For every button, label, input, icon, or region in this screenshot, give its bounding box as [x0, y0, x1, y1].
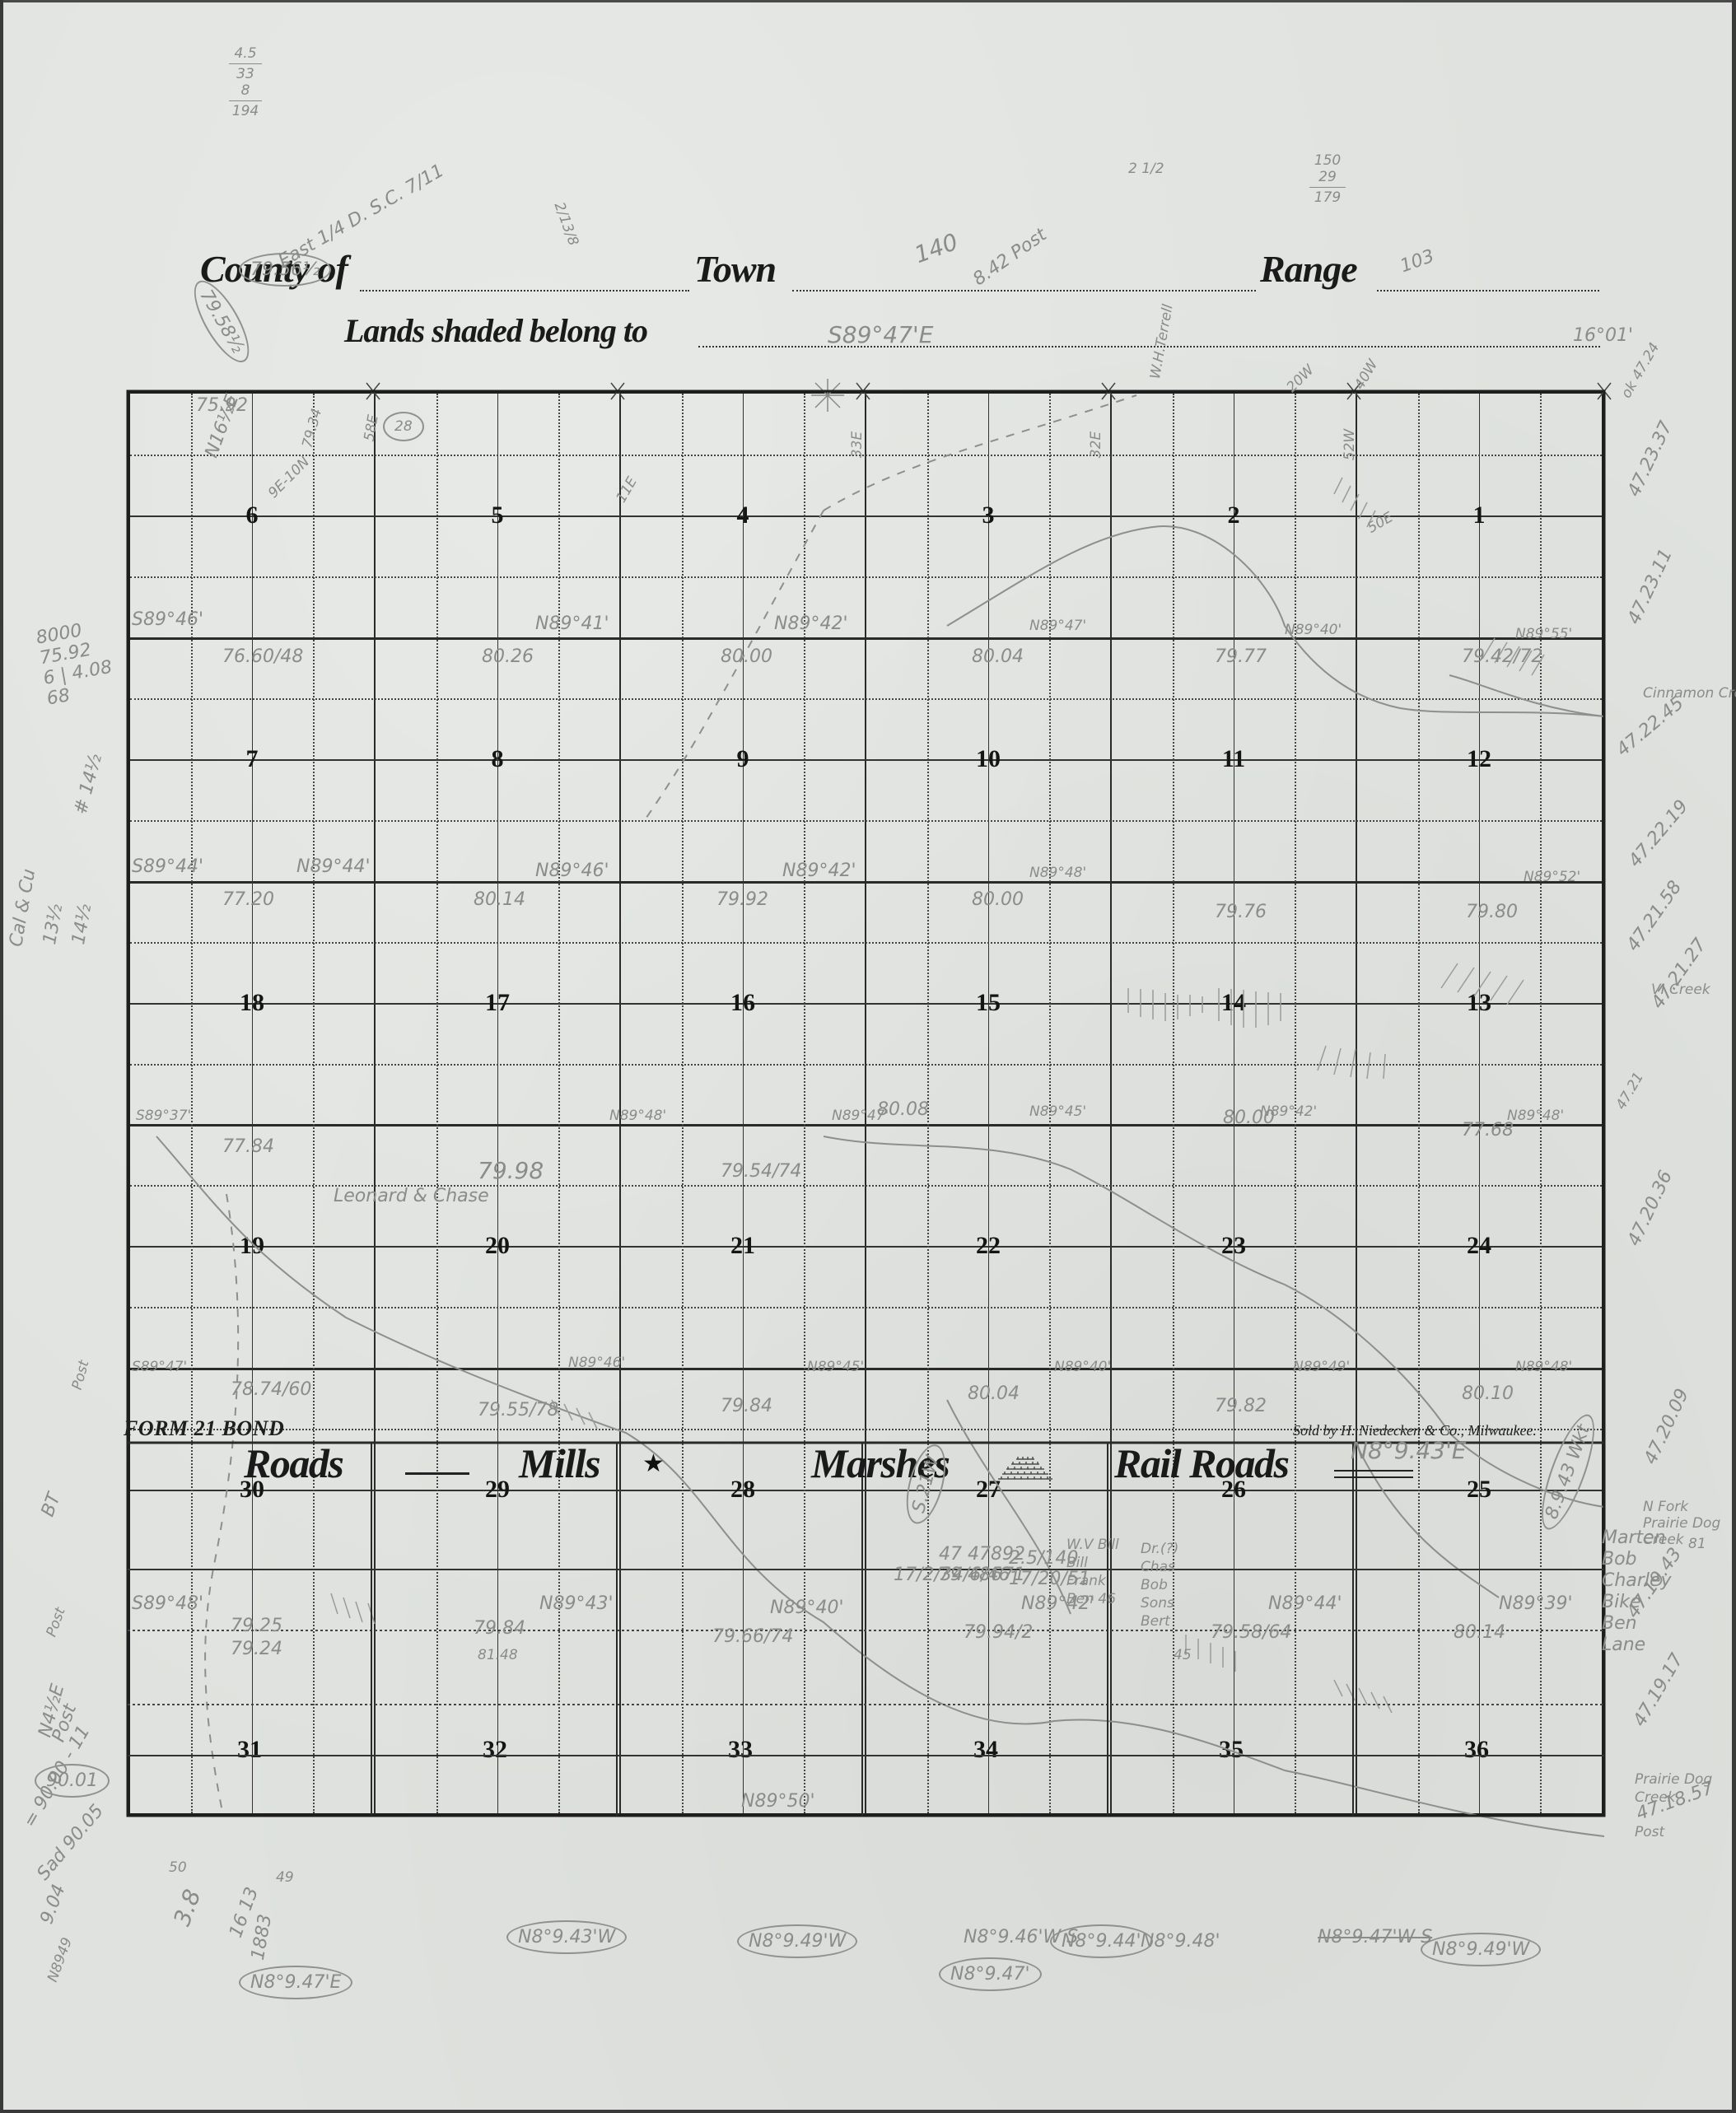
- bottom-note: N8°9.47': [939, 1964, 1042, 1985]
- bearing-note: S89°46': [132, 609, 203, 630]
- acreage-note: 79.84: [474, 1618, 525, 1639]
- bearing-note: S89°37': [136, 1108, 191, 1124]
- bearing-note: N89°39': [1499, 1593, 1573, 1614]
- acreage-note: 80.14: [474, 889, 525, 910]
- acreage-note: 80.10: [1462, 1383, 1514, 1404]
- compass-sketch: [811, 379, 844, 412]
- mill-star-icon: ★: [642, 1449, 665, 1478]
- bearing-note: N89°46': [535, 861, 609, 881]
- marsh-symbol-icon: [998, 1456, 1052, 1482]
- bottom-note: N8°9.43'W: [506, 1927, 627, 1947]
- bearing-note: N89°48': [1515, 1359, 1572, 1375]
- bearing-note: N89°42': [1260, 1103, 1317, 1120]
- bearing-note: N89°48': [1507, 1108, 1564, 1124]
- bottom-note: 50: [169, 1859, 187, 1876]
- bearing-note: N89°48': [1029, 865, 1086, 881]
- bottom-note: 45: [1174, 1647, 1192, 1663]
- bearing-note: N89°40': [1054, 1359, 1111, 1375]
- bottom-note: N8°9.49'W: [1421, 1939, 1541, 1960]
- legend-mills: Mills: [519, 1439, 600, 1487]
- acreage-note: 79.84: [721, 1396, 772, 1416]
- bearing-note: N89°43': [539, 1593, 614, 1614]
- cinnamon-creek-label: Cinnamon Creek: [1643, 685, 1736, 702]
- bearing-note: N89°47': [1029, 618, 1086, 634]
- right-margin-note: Post: [1635, 1824, 1664, 1840]
- railroad-line-symbol: [1334, 1470, 1413, 1478]
- acreage-note: 79.42/72: [1462, 646, 1542, 667]
- acreage-note: 80.00: [721, 646, 772, 667]
- bottom-note: N8°9.48': [1141, 1931, 1220, 1952]
- bearing-note: N89°48': [609, 1108, 666, 1124]
- mid-note: 33E: [849, 431, 866, 458]
- bottom-note: N8°9.46'W S: [964, 1927, 1078, 1947]
- acreage-note: 79.55/78: [478, 1400, 558, 1420]
- bottom-note: N8°9.43'E: [1351, 1437, 1467, 1464]
- acreage-note: 80.00: [972, 889, 1024, 910]
- acreage-note: 76.60/48: [222, 646, 303, 667]
- bottom-note: 81: [1688, 1536, 1706, 1552]
- bearing-note: N89°47': [832, 1108, 889, 1124]
- legend-roads: Roads: [244, 1439, 343, 1487]
- bearing-note: N89°50': [741, 1791, 815, 1812]
- bearing-note: N89°40': [770, 1598, 844, 1618]
- acreage-note: 77.20: [222, 889, 274, 910]
- bottom-note: Dr.(?) Chas Bob Sons Bert: [1141, 1540, 1182, 1630]
- acreage-note: 79.25: [231, 1616, 282, 1636]
- acreage-note: 78.74/60: [231, 1379, 311, 1400]
- acreage-note: 79.54/74: [721, 1161, 801, 1182]
- bearing-note: N89°40': [1285, 622, 1342, 638]
- acreage-note: 80.26: [482, 646, 534, 667]
- bottom-note: N8°9.47'E: [239, 1972, 352, 1993]
- legend-rail-roads: Rail Roads: [1114, 1439, 1288, 1487]
- acreage-note: 79.94/2: [964, 1622, 1033, 1643]
- acreage-note: 80.14: [1454, 1622, 1505, 1643]
- bearing-note: N89°42': [774, 613, 848, 634]
- bottom-note: N8°9.47'W S: [1318, 1927, 1432, 1947]
- mid-note: 52W: [1342, 429, 1358, 460]
- acreage-note: 79.77: [1215, 646, 1267, 667]
- acreage-note: 77.84: [222, 1136, 274, 1157]
- form-id: FORM 21 BOND: [124, 1416, 284, 1441]
- acreage-note: 81.48: [478, 1647, 518, 1663]
- bearing-note: N89°42': [782, 861, 856, 881]
- bearing-note: N89°44': [1268, 1593, 1342, 1614]
- acreage-note: 80.04: [972, 646, 1024, 667]
- bearing-note: N89°49': [1293, 1359, 1350, 1375]
- acreage-note: 79.24: [231, 1639, 282, 1659]
- left-margin-bottom-note: 90.01: [35, 1770, 110, 1791]
- bearing-note: S89°44': [132, 856, 203, 877]
- left-margin-calc: 8000 75.92 6 | 4.08 68: [35, 616, 117, 709]
- bottom-note: 17/2/34/6/46: [894, 1565, 918, 1586]
- acreage-note: 79.80: [1466, 902, 1518, 922]
- acreage-note: 79.98: [478, 1157, 544, 1184]
- bearing-note: S89°48': [132, 1593, 203, 1614]
- vi-creek-label: VI Creek: [1651, 982, 1710, 998]
- acreage-note: 79.82: [1215, 1396, 1267, 1416]
- road-dashed-west: [205, 1194, 238, 1812]
- bearing-note: N89°45': [807, 1359, 864, 1375]
- acreage-note: 79.58/64: [1211, 1622, 1291, 1643]
- bottom-note: 2.5/140 17/20/51: [1009, 1548, 1075, 1589]
- mid-note: 28: [383, 418, 424, 435]
- acreage-note: 77.68: [1462, 1120, 1514, 1140]
- bearing-note: N89°52': [1524, 869, 1580, 885]
- acreage-note: 79.76: [1215, 902, 1267, 922]
- mid-note: 32E: [1088, 431, 1104, 458]
- pencil-sketch-overlay: [0, 0, 1736, 2113]
- bottom-note: W.V Bill Bill Frank Ben 46: [1066, 1536, 1124, 1608]
- bearing-note: N89°41': [535, 613, 609, 634]
- bottom-note: Marten Bob Charley Bike Ben Lane: [1602, 1528, 1659, 1656]
- bearing-note: N89°45': [1029, 1103, 1086, 1120]
- leonard-chase-note: Leonard & Chase: [334, 1186, 489, 1206]
- bearing-note: N89°44': [296, 856, 371, 877]
- acreage-note: 80.04: [968, 1383, 1020, 1404]
- bearing-note: S89°47': [132, 1359, 187, 1375]
- bearing-note: N89°46': [568, 1355, 625, 1371]
- bottom-note: 49: [276, 1869, 294, 1886]
- acreage-note: 79.92: [716, 889, 768, 910]
- bearing-note: N89°55': [1515, 626, 1572, 642]
- roads-line-symbol: [405, 1472, 469, 1475]
- bottom-note: N8°9.49'W: [737, 1931, 857, 1952]
- acreage-note: 79.66/74: [712, 1626, 793, 1647]
